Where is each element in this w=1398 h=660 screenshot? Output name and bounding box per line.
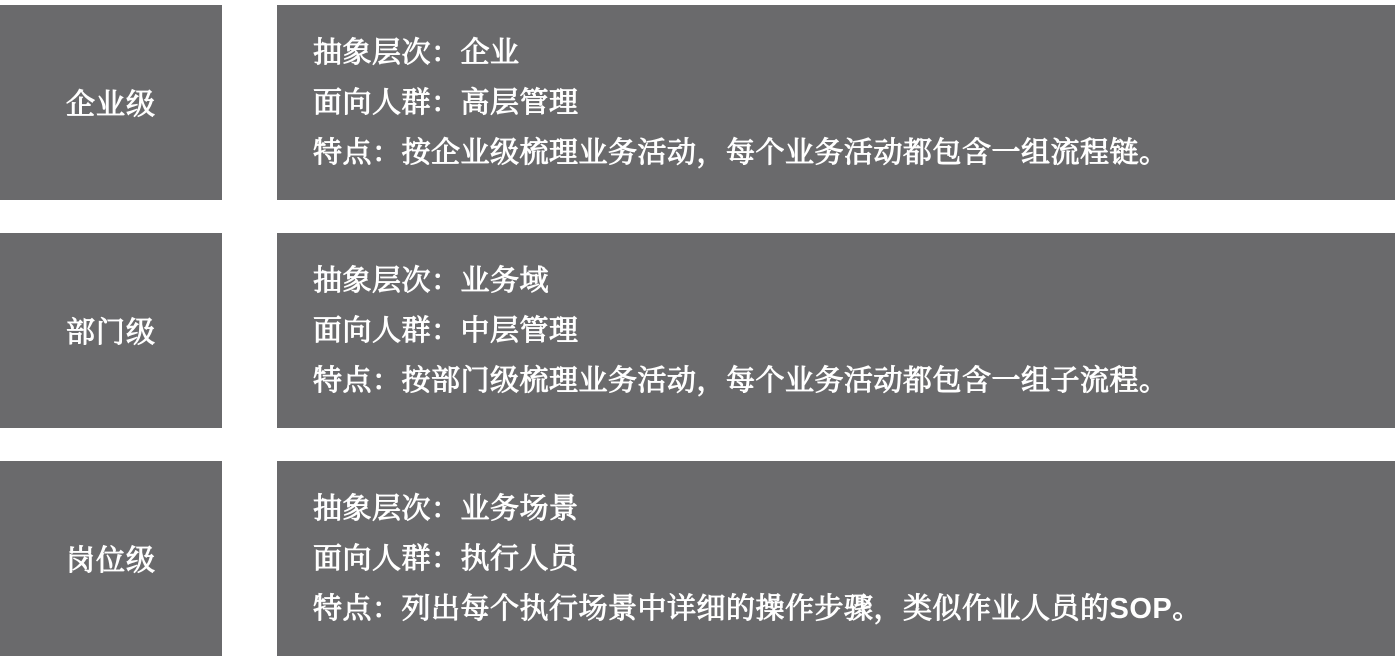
level-row-position: 岗位级 抽象层次：业务场景 面向人群：执行人员 特点：列出每个执行场景中详细的操…	[0, 461, 1398, 656]
detail-line-feature: 特点：列出每个执行场景中详细的操作步骤，类似作业人员的SOP。	[313, 584, 1379, 634]
detail-line-audience: 面向人群：高层管理	[313, 78, 1379, 128]
row-spacer	[222, 233, 277, 428]
level-label-box-position: 岗位级	[0, 461, 222, 656]
level-detail-box-enterprise: 抽象层次：企业 面向人群：高层管理 特点：按企业级梳理业务活动，每个业务活动都包…	[277, 5, 1395, 200]
detail-line-feature: 特点：按部门级梳理业务活动，每个业务活动都包含一组子流程。	[313, 356, 1379, 406]
level-label: 部门级	[66, 310, 156, 351]
detail-line-abstraction: 抽象层次：企业	[313, 28, 1379, 78]
row-spacer	[222, 5, 277, 200]
level-row-department: 部门级 抽象层次：业务域 面向人群：中层管理 特点：按部门级梳理业务活动，每个业…	[0, 233, 1398, 428]
level-label: 企业级	[66, 82, 156, 123]
detail-line-feature: 特点：按企业级梳理业务活动，每个业务活动都包含一组流程链。	[313, 128, 1379, 178]
level-label-box-enterprise: 企业级	[0, 5, 222, 200]
process-levels-diagram: 企业级 抽象层次：企业 面向人群：高层管理 特点：按企业级梳理业务活动，每个业务…	[0, 0, 1398, 660]
detail-line-abstraction: 抽象层次：业务场景	[313, 484, 1379, 534]
level-label: 岗位级	[66, 538, 156, 579]
detail-line-audience: 面向人群：中层管理	[313, 306, 1379, 356]
level-label-box-department: 部门级	[0, 233, 222, 428]
detail-line-audience: 面向人群：执行人员	[313, 534, 1379, 584]
level-detail-box-department: 抽象层次：业务域 面向人群：中层管理 特点：按部门级梳理业务活动，每个业务活动都…	[277, 233, 1395, 428]
row-spacer	[222, 461, 277, 656]
level-detail-box-position: 抽象层次：业务场景 面向人群：执行人员 特点：列出每个执行场景中详细的操作步骤，…	[277, 461, 1395, 656]
detail-line-abstraction: 抽象层次：业务域	[313, 256, 1379, 306]
level-row-enterprise: 企业级 抽象层次：企业 面向人群：高层管理 特点：按企业级梳理业务活动，每个业务…	[0, 5, 1398, 200]
